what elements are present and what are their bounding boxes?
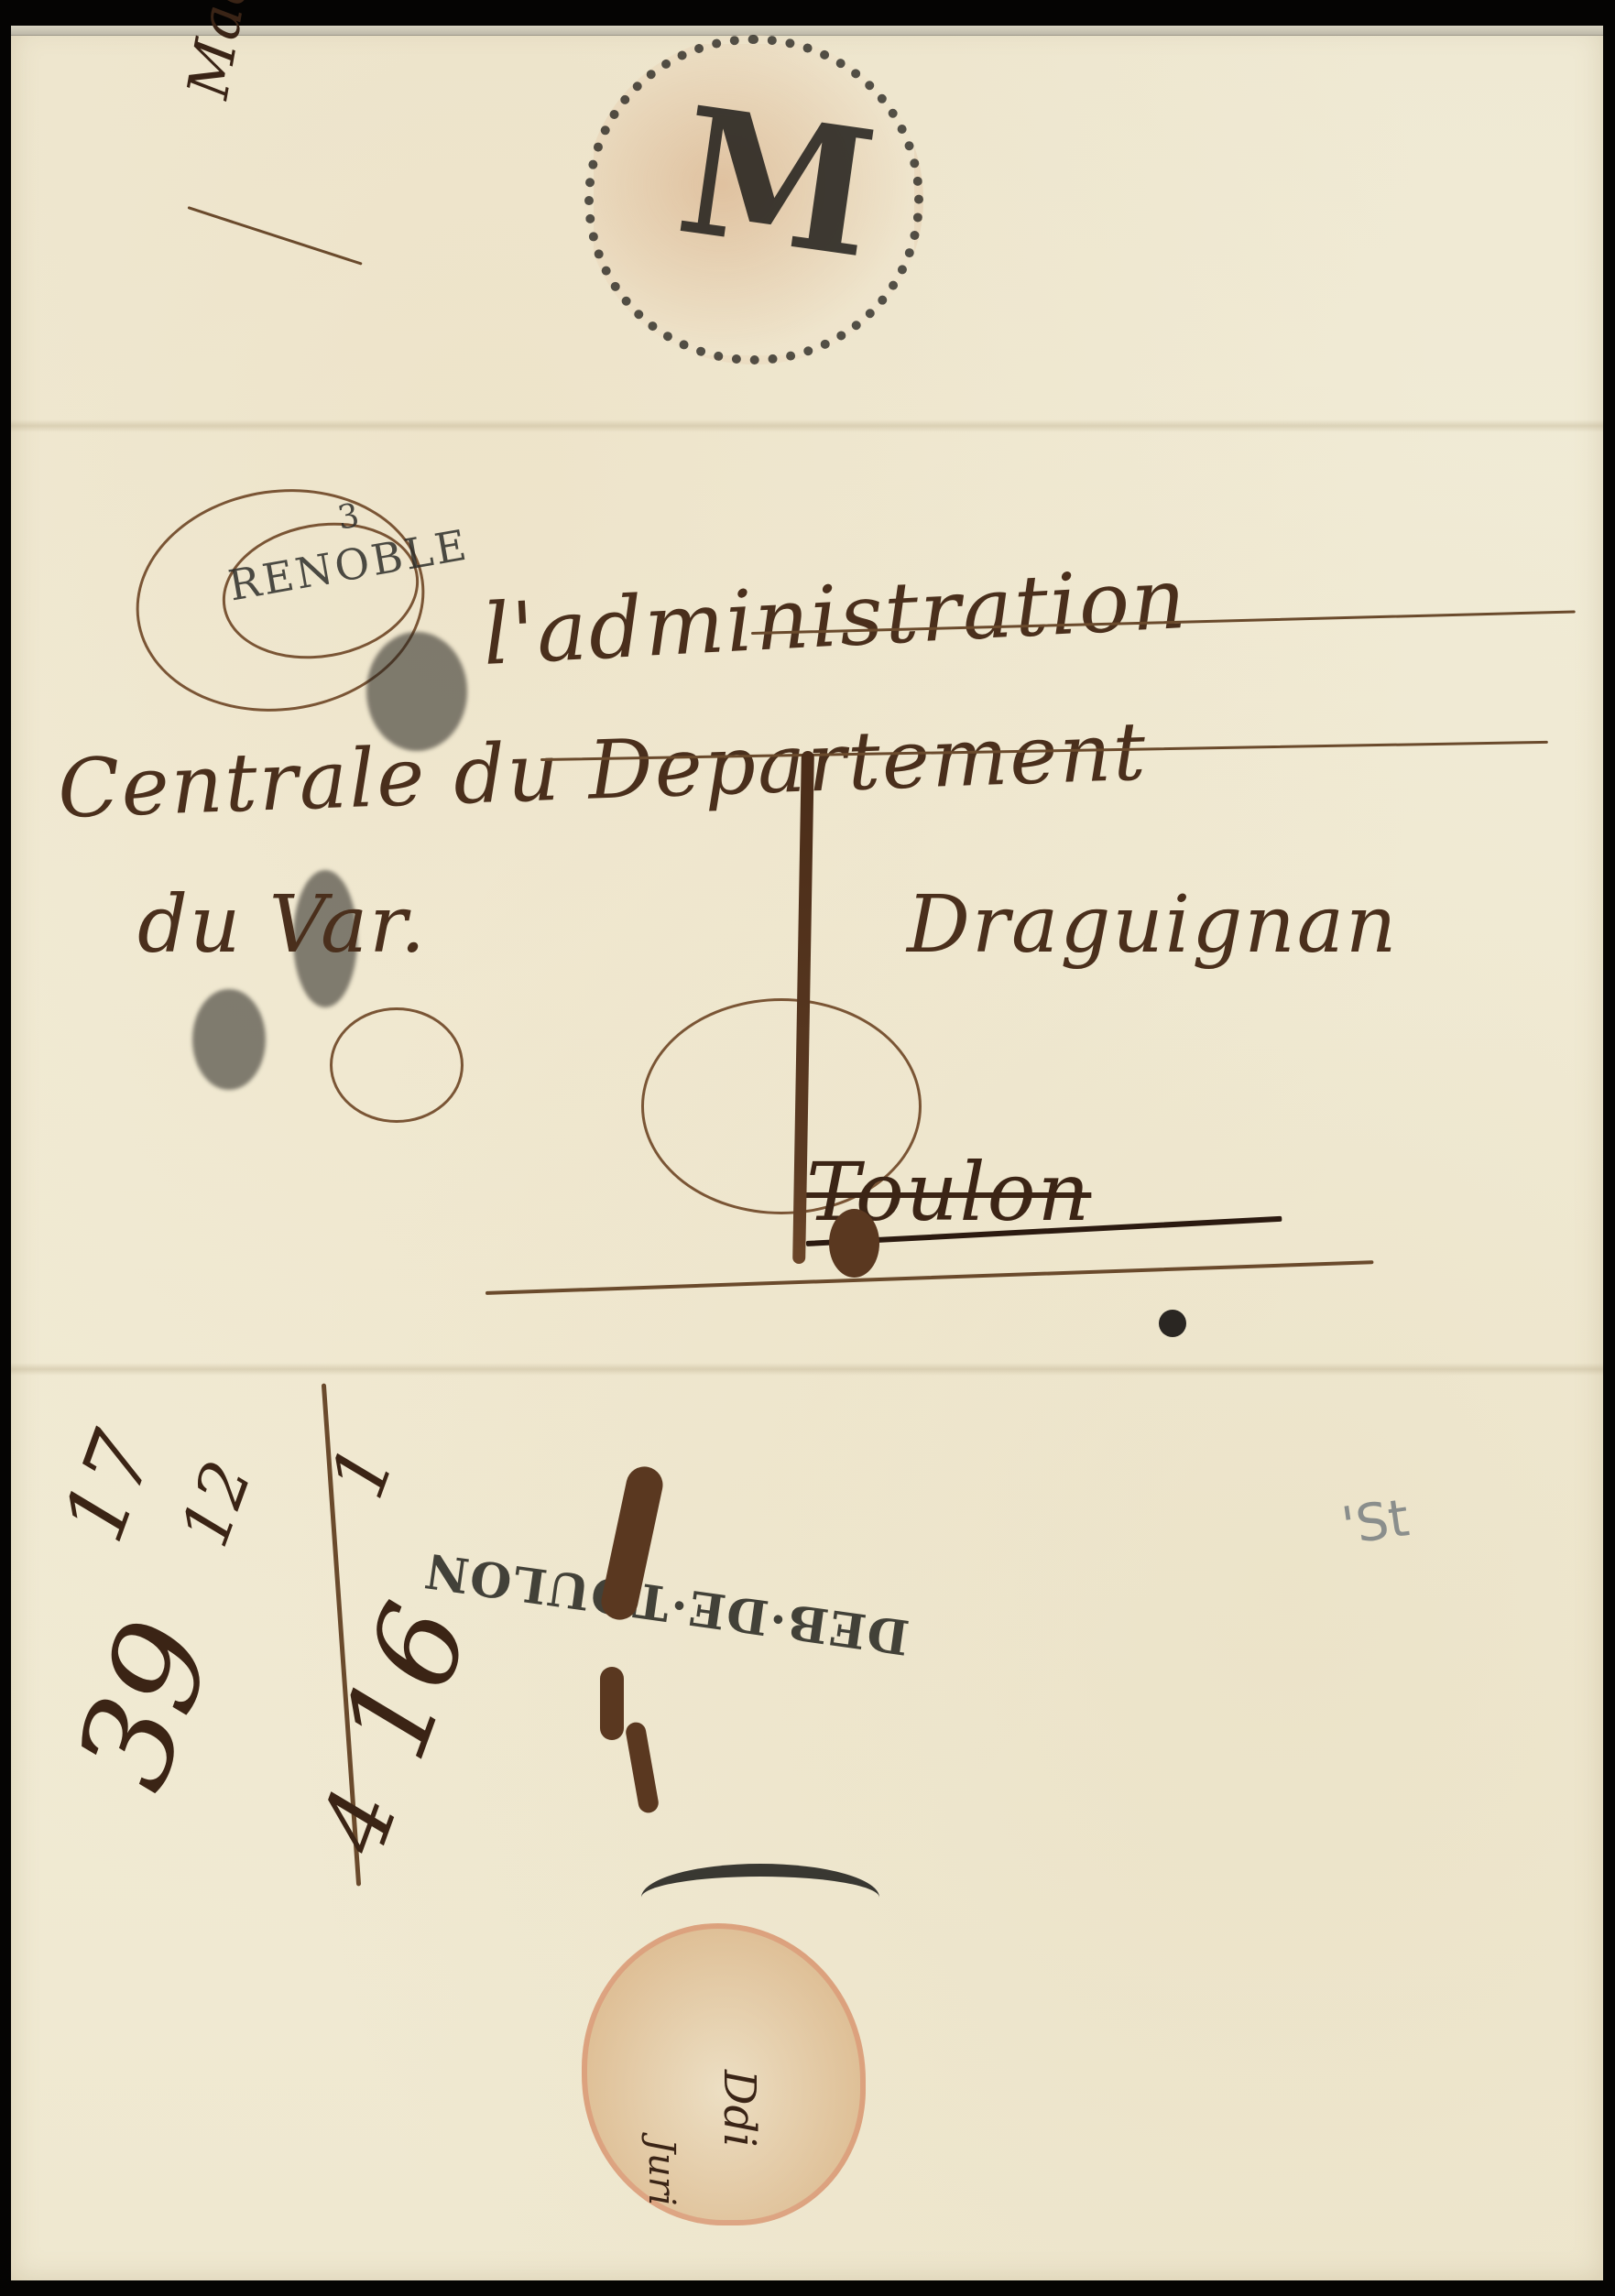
top-seal-handstamp: M <box>584 35 923 365</box>
seal-handwriting-1: Ddi <box>714 2070 765 2148</box>
ink-blot <box>1159 1310 1186 1337</box>
address-line-3: du Var. <box>137 879 427 971</box>
pencil-note: 'St <box>1338 1488 1413 1557</box>
ink-stroke <box>600 1667 624 1740</box>
fold-line-lower <box>11 1363 1603 1376</box>
seal-handwriting-2: Juri <box>640 2138 682 2206</box>
address-destination: Draguignan <box>907 879 1398 971</box>
ink-blot <box>829 1209 879 1278</box>
seal-letter: M <box>668 68 887 297</box>
fold-line-upper <box>11 419 1603 432</box>
bottom-postmark-arc <box>641 1864 879 1931</box>
ink-smudge <box>192 989 266 1090</box>
flourish-loop <box>330 1007 464 1123</box>
